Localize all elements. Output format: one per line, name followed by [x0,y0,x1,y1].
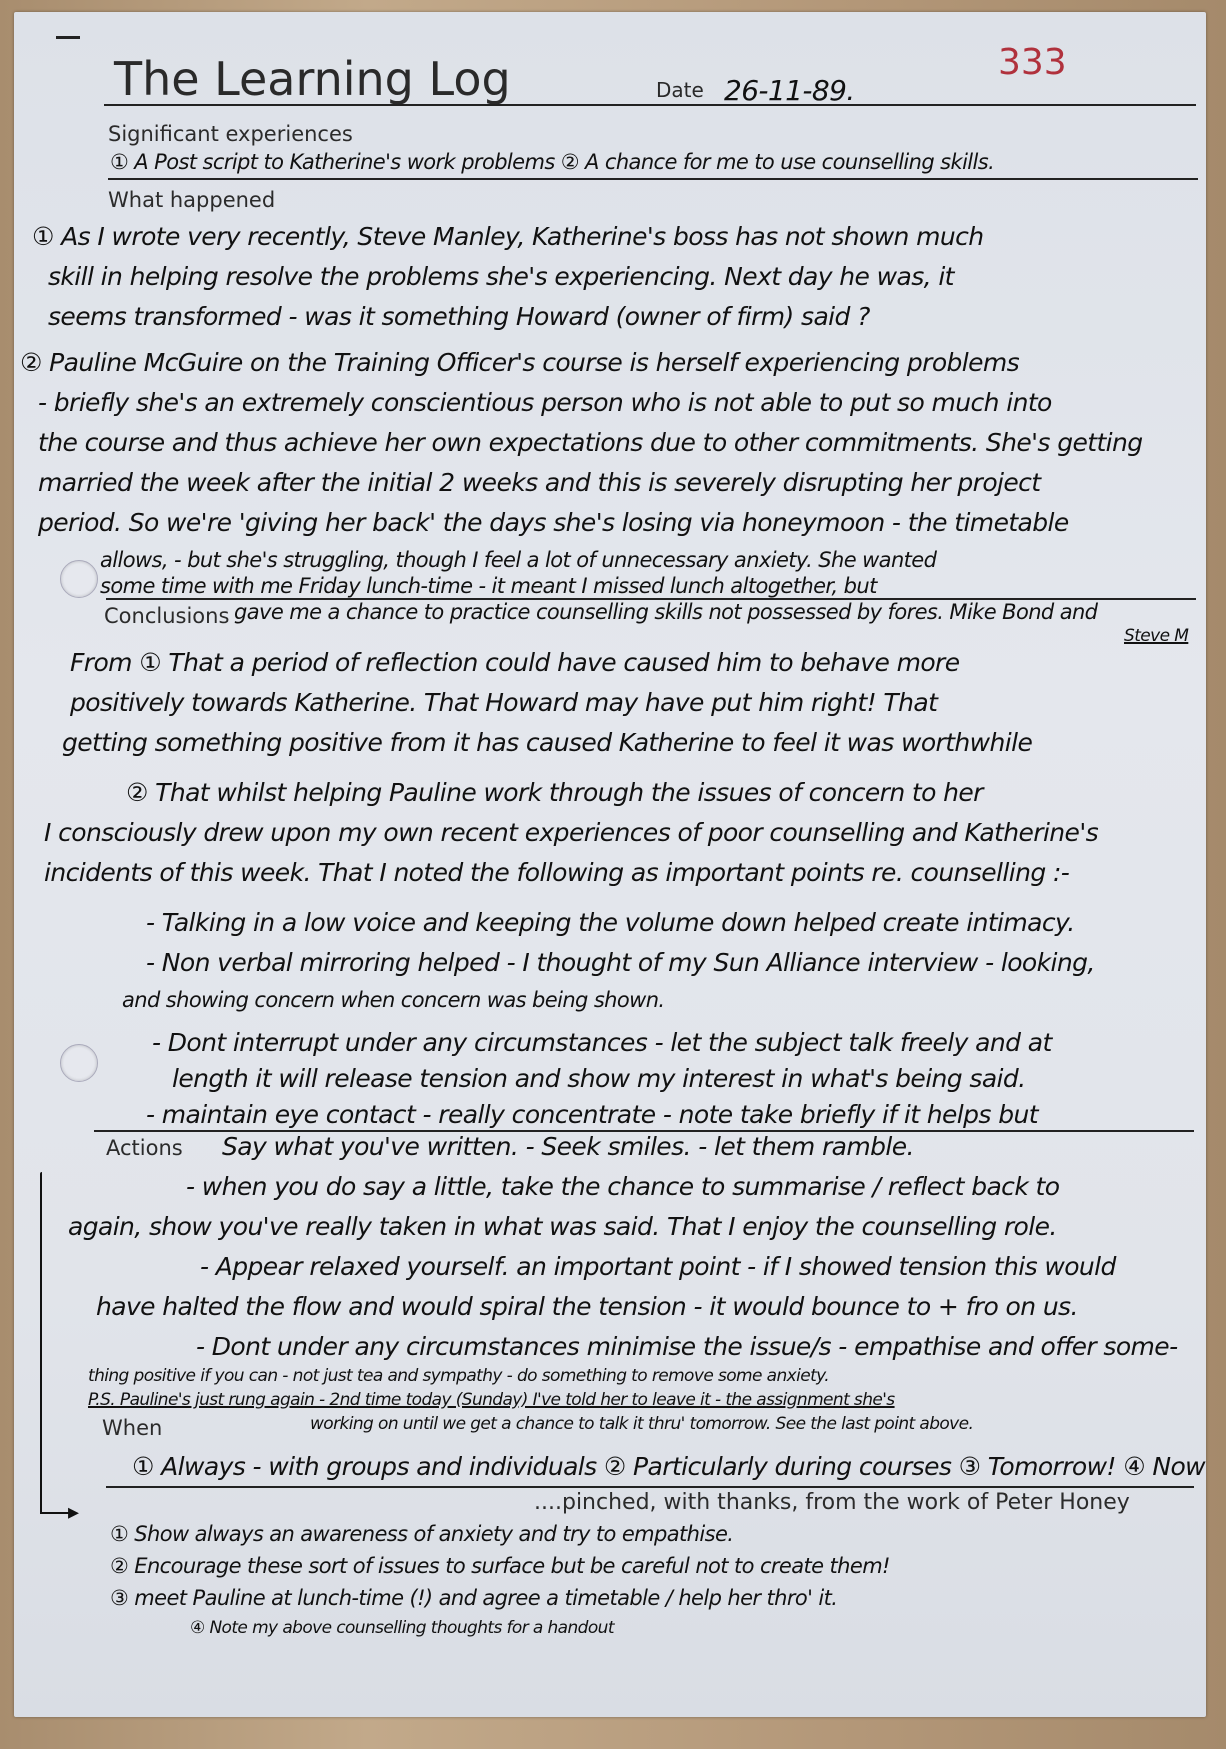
actions-header-line: Say what you've written. - Seek smiles. … [222,1132,914,1161]
title-rule [104,104,1196,106]
what-happened-line: ② Pauline McGuire on the Training Office… [20,348,1019,377]
date-value: 26-11-89. [724,74,855,107]
what-happened-line: seems transformed - was it something How… [48,302,870,331]
significant-rule [108,178,1198,180]
what-happened-line: the course and thus achieve her own expe… [38,428,1143,457]
significant-experiences-text: ① A Post script to Katherine's work prob… [110,150,994,174]
conclusions-line: incidents of this week. That I noted the… [44,858,1069,887]
when-line: ① Always - with groups and individuals ②… [132,1452,1205,1481]
punch-hole [60,560,98,598]
actions-line: - when you do say a little, take the cha… [186,1172,1059,1201]
form-title: The Learning Log [114,52,511,106]
ps-text: P.S. Pauline's just rung again - 2nd tim… [88,1390,895,1410]
actions-line: - Appear relaxed yourself. an important … [200,1252,1116,1281]
conclusions-line: From ① That a period of reflection could… [70,648,960,677]
conclusions-label: Conclusions [104,604,229,628]
conclusions-line: positively towards Katherine. That Howar… [70,688,937,717]
when-rule [106,1486,1194,1488]
what-happened-label: What happened [108,188,275,212]
significant-experiences-label: Significant experiences [108,122,353,146]
conclusions-line: getting something positive from it has c… [62,728,1032,757]
punch-mark [56,36,80,39]
actions-line: have halted the flow and would spiral th… [96,1292,1078,1321]
actions-line: - Dont under any circumstances minimise … [196,1332,1178,1361]
what-happened-line: married the week after the initial 2 wee… [38,468,1041,497]
learning-log-sheet: The Learning Log Date 26-11-89. 333 Sign… [14,12,1206,1717]
aside-text: Steve M [1124,626,1188,646]
followup-item: ② Encourage these sort of issues to surf… [110,1554,890,1578]
credit-line: ....pinched, with thanks, from the work … [534,1490,1130,1515]
arrow-right-icon: ▸ [68,1500,78,1525]
what-happened-line: period. So we're 'giving her back' the d… [38,508,1069,537]
conclusions-header-line: gave me a chance to practice counselling… [234,600,1097,624]
conclusions-bullet: - maintain eye contact - really concentr… [146,1100,1038,1129]
actions-label: Actions [106,1136,183,1160]
what-happened-line: - briefly she's an extremely conscientio… [38,388,1052,417]
conclusions-line: ② That whilst helping Pauline work throu… [126,778,983,807]
conclusions-aside: Steve M [1124,626,1188,646]
page-number: 333 [998,42,1067,83]
when-label: When [102,1416,162,1440]
what-happened-line: skill in helping resolve the problems sh… [48,262,954,291]
what-happened-line: some time with me Friday lunch-time - it… [100,574,877,598]
actions-line: again, show you've really taken in what … [68,1212,1057,1241]
what-happened-line: ① As I wrote very recently, Steve Manley… [32,222,984,251]
punch-hole [60,1044,98,1082]
followup-item: ① Show always an awareness of anxiety an… [110,1522,733,1546]
actions-ps-line: P.S. Pauline's just rung again - 2nd tim… [88,1390,895,1410]
conclusions-bullet: and showing concern when concern was bei… [122,988,665,1012]
conclusions-bullet: length it will release tension and show … [172,1064,1026,1093]
conclusions-bullet: - Non verbal mirroring helped - I though… [146,948,1095,977]
date-label: Date [656,78,704,102]
bracket-arrow-line [40,1172,42,1512]
what-happened-line: allows, - but she's struggling, though I… [100,548,936,572]
conclusions-bullet: - Talking in a low voice and keeping the… [146,908,1075,937]
actions-line: thing positive if you can - not just tea… [88,1366,829,1386]
followup-item: ③ meet Pauline at lunch-time (!) and agr… [110,1586,837,1610]
followup-item: ④ Note my above counselling thoughts for… [190,1618,614,1638]
conclusions-bullet: - Dont interrupt under any circumstances… [152,1028,1052,1057]
actions-ps-line: working on until we get a chance to talk… [310,1414,973,1434]
conclusions-line: I consciously drew upon my own recent ex… [44,818,1098,847]
